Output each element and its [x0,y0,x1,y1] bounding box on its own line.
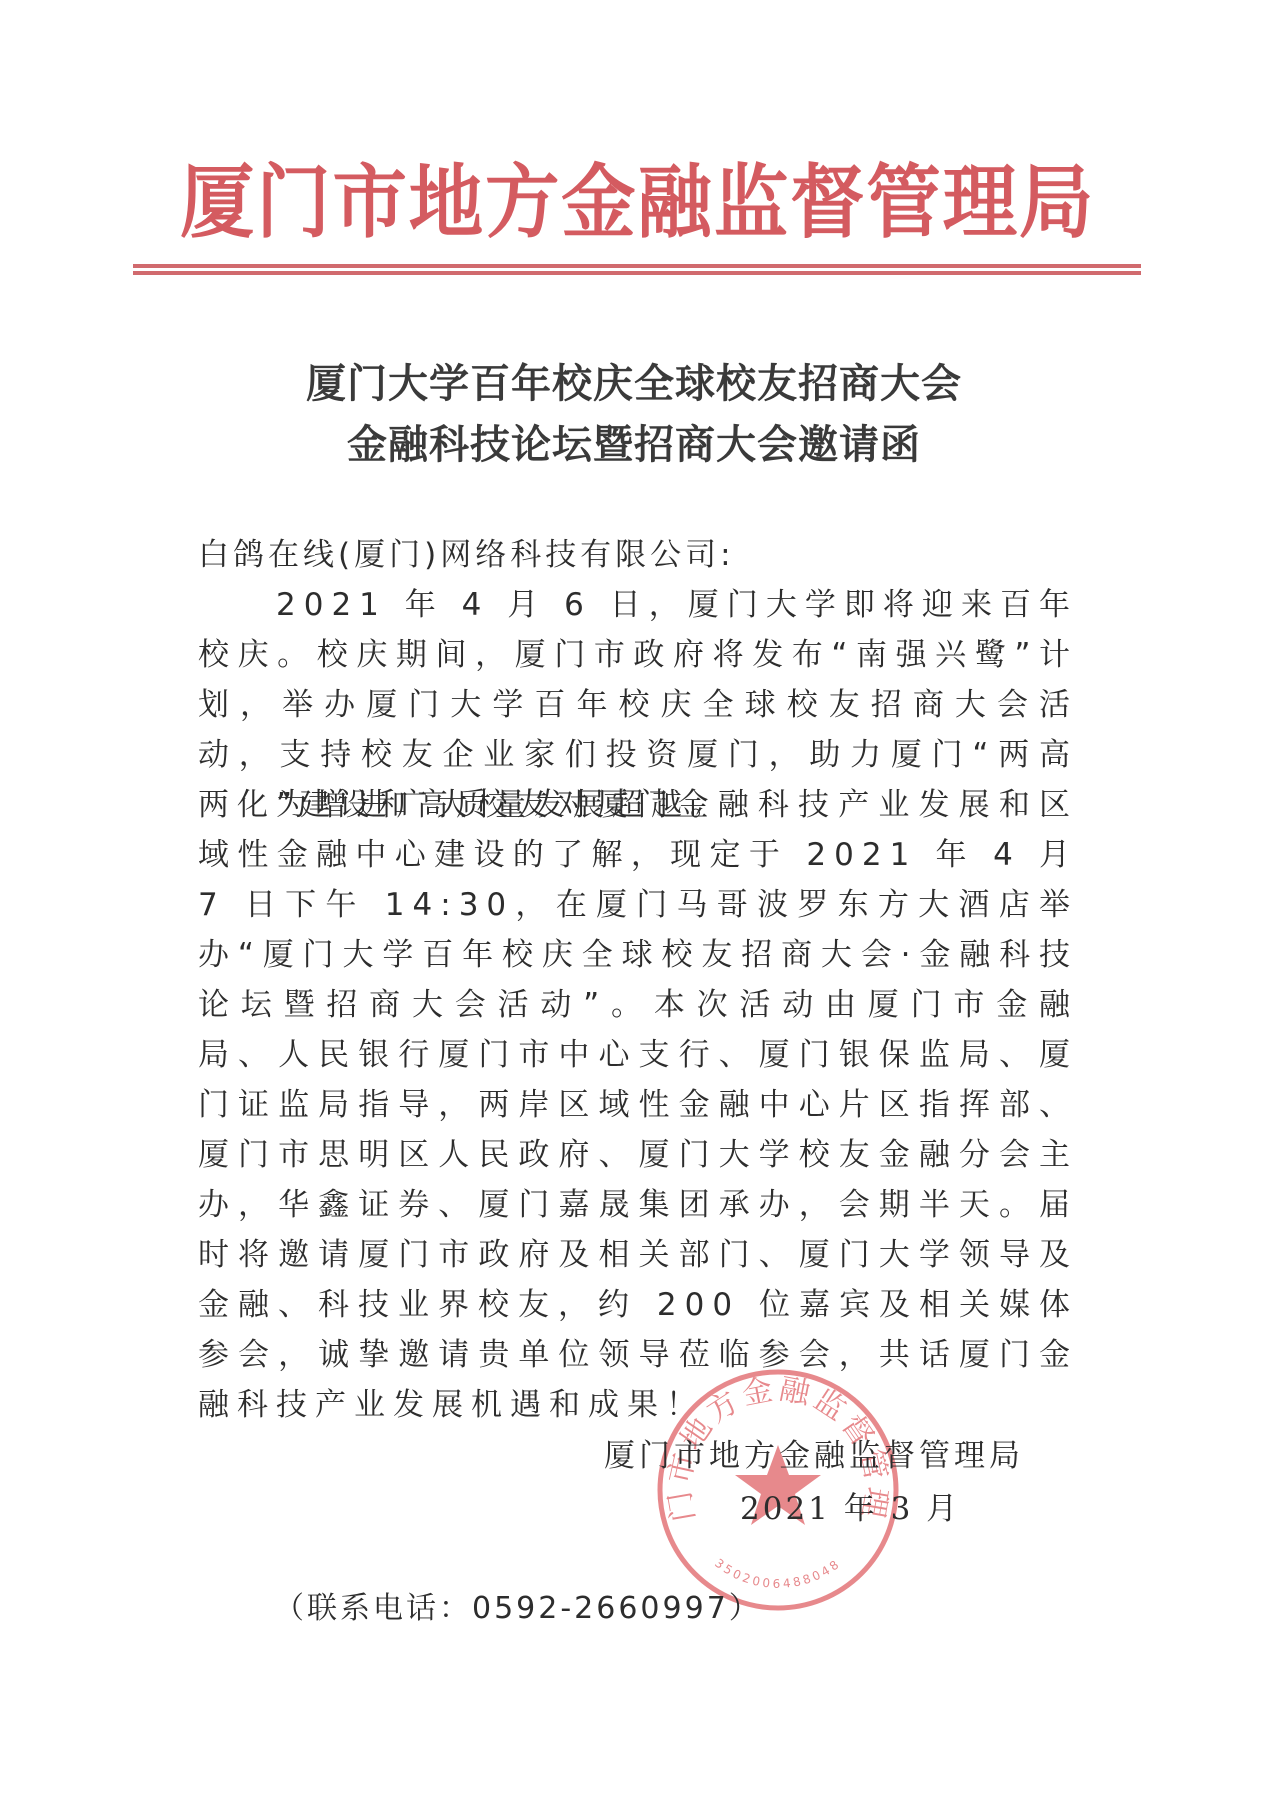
signature-org: 厦门市地方金融监督管理局 [604,1432,1024,1480]
letterhead-rule-bottom [133,271,1141,275]
document-title-line-2: 金融科技论坛暨招商大会邀请函 [160,413,1108,470]
document-title-line-1: 厦门大学百年校庆全球校友招商大会 [160,352,1108,409]
letterhead-org-name: 厦门市地方金融监督管理局 [180,148,1026,258]
body-paragraph-2-container: 为增进广大校友对厦门金融科技产业发展和区域性金融中心建设的了解，现定于 2021… [198,780,1078,1430]
letterhead-rule-top [133,264,1141,268]
signature-date: 2021 年 3 月 [740,1485,960,1533]
document-page: 厦门市地方金融监督管理局 厦门大学百年校庆全球校友招商大会 金融科技论坛暨招商大… [0,0,1267,1793]
body-paragraph-2: 为增进广大校友对厦门金融科技产业发展和区域性金融中心建设的了解，现定于 2021… [198,780,1078,1430]
salutation: 白鸽在线(厦门)网络科技有限公司: [198,530,735,580]
contact-phone: （联系电话：0592-2660997） [274,1585,762,1633]
